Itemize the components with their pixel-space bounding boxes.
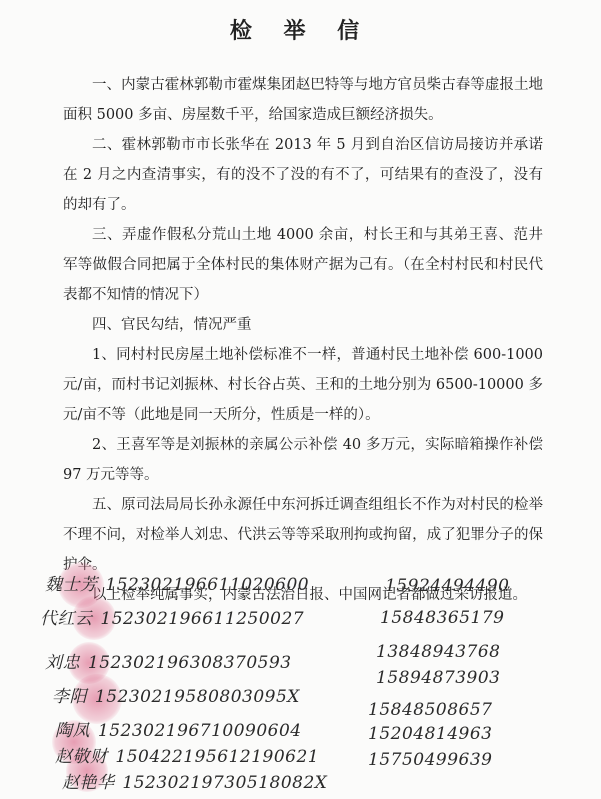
paragraph-2: 二、霍林郭勒市市长张华在 2013 年 5 月到自治区信访局接访并承诺在 2 月… bbox=[63, 130, 543, 220]
signatory-name: 代红云 bbox=[40, 609, 93, 629]
paragraph-4-item-2: 2、王喜军等是刘振林的亲属公示补偿 40 多万元，实际暗箱操作补偿 97 万元等… bbox=[63, 430, 543, 490]
letter-page: 检 举 信 一、内蒙古霍林郭勒市霍煤集团赵巴特等与地方官员柴古春等虚报土地面积 … bbox=[0, 0, 601, 799]
signatory-id: 152302196611020600 bbox=[105, 575, 309, 595]
signature-section: 魏士芳 152302196611020600 代红云 1523021966112… bbox=[0, 570, 601, 799]
paragraph-4-heading: 四、官民勾结，情况严重 bbox=[63, 310, 543, 340]
phone-number: 15924494490 bbox=[385, 576, 509, 596]
signatory-row: 魏士芳 152302196611020600 bbox=[45, 570, 309, 595]
signatory-row: 赵艳华 15230219730518082X bbox=[62, 768, 327, 793]
signatory-id: 150422195612190621 bbox=[115, 747, 319, 767]
signatory-id: 152302196308370593 bbox=[88, 653, 292, 673]
signatory-name: 赵敬财 bbox=[55, 747, 108, 767]
signatory-name: 刘忠 bbox=[45, 653, 80, 673]
phone-number: 15848508657 bbox=[368, 700, 492, 720]
paragraph-5: 五、原司法局局长孙永源任中东河拆迁调查组组长不作为对村民的检举不理不问，对检举人… bbox=[63, 490, 543, 580]
signatory-row: 赵敬财 150422195612190621 bbox=[55, 742, 319, 767]
paragraph-1: 一、内蒙古霍林郭勒市霍煤集团赵巴特等与地方官员柴古春等虚报土地面积 5000 多… bbox=[63, 70, 543, 130]
letter-title: 检 举 信 bbox=[0, 14, 601, 45]
signatory-id: 152302196611250027 bbox=[100, 609, 304, 629]
signatory-name: 赵艳华 bbox=[62, 773, 115, 793]
paragraph-3: 三、弄虚作假私分荒山土地 4000 余亩，村长王和与其弟王喜、范井军等做假合同把… bbox=[63, 220, 543, 310]
signatory-id: 15230219730518082X bbox=[122, 773, 327, 793]
phone-number: 15894873903 bbox=[376, 668, 500, 688]
paragraph-4-item-1: 1、同村村民房屋土地补偿标准不一样，普通村民土地补偿 600-1000 元/亩，… bbox=[63, 340, 543, 430]
letter-body: 一、内蒙古霍林郭勒市霍煤集团赵巴特等与地方官员柴古春等虚报土地面积 5000 多… bbox=[63, 70, 543, 610]
signatory-row: 刘忠 152302196308370593 bbox=[45, 648, 292, 673]
signatory-row: 李阳 15230219580803095X bbox=[52, 682, 300, 707]
signatory-name: 李阳 bbox=[52, 687, 87, 707]
signatory-id: 152302196710090604 bbox=[98, 721, 302, 741]
signatory-name: 陶凤 bbox=[55, 721, 90, 741]
phone-number: 15204814963 bbox=[368, 724, 492, 744]
signatory-row: 陶凤 152302196710090604 bbox=[55, 716, 302, 741]
phone-number: 15750499639 bbox=[368, 750, 492, 770]
signatory-row: 代红云 152302196611250027 bbox=[40, 604, 304, 629]
signatory-id: 15230219580803095X bbox=[95, 687, 300, 707]
signatory-name: 魏士芳 bbox=[45, 575, 98, 595]
phone-number: 13848943768 bbox=[376, 642, 500, 662]
phone-number: 15848365179 bbox=[380, 608, 504, 628]
